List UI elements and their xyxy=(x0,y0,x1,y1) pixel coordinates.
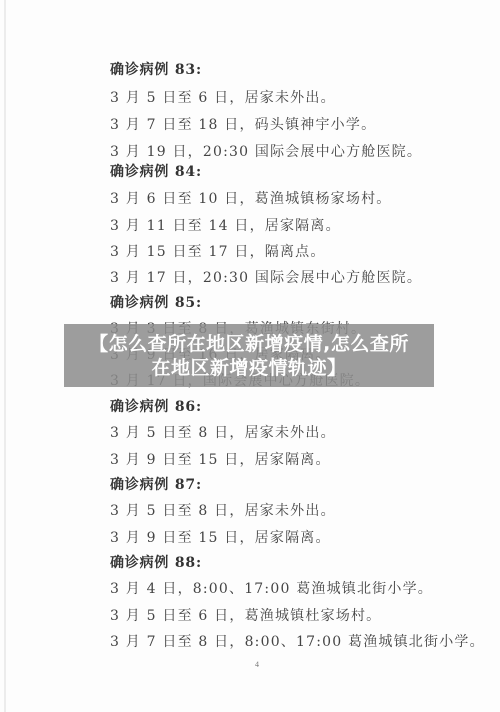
banner-title-line-2: 在地区新增疫情轨迹】 xyxy=(151,356,346,380)
case-88-entry: 3 月 7 日至 8 日，8:00、17:00 葛渔城镇北街小学。 xyxy=(110,633,485,651)
case-heading-86: 确诊病例 86: xyxy=(110,398,202,416)
case-heading-84: 确诊病例 84: xyxy=(110,163,202,181)
banner-title-line-1: 【怎么查所在地区新增疫情,怎么查所 xyxy=(89,332,409,356)
case-83-entry: 3 月 5 日至 6 日，居家未外出。 xyxy=(110,89,336,107)
case-heading-88: 确诊病例 88: xyxy=(110,554,202,572)
page-number: 4 xyxy=(255,660,259,669)
case-84-entry: 3 月 17 日，20:30 国际会展中心方舱医院。 xyxy=(110,269,422,287)
case-88-entry: 3 月 4 日，8:00、17:00 葛渔城镇北街小学。 xyxy=(110,580,433,598)
case-87-entry: 3 月 5 日至 8 日，居家未外出。 xyxy=(110,502,336,520)
case-83-entry: 3 月 7 日至 18 日，码头镇神宇小学。 xyxy=(110,116,376,134)
case-83-entry: 3 月 19 日，20:30 国际会展中心方舱医院。 xyxy=(110,143,422,161)
title-overlay-banner: 【怎么查所在地区新增疫情,怎么查所 在地区新增疫情轨迹】 xyxy=(64,324,434,387)
case-86-entry: 3 月 5 日至 8 日，居家未外出。 xyxy=(110,424,336,442)
case-84-entry: 3 月 11 日至 14 日，居家隔离。 xyxy=(110,217,341,235)
page-edge-divider xyxy=(4,0,6,712)
case-84-entry: 3 月 6 日至 10 日，葛渔城镇杨家场村。 xyxy=(110,190,391,208)
case-84-entry: 3 月 15 日至 17 日，隔离点。 xyxy=(110,243,326,261)
case-86-entry: 3 月 9 日至 15 日，居家隔离。 xyxy=(110,451,331,469)
case-heading-83: 确诊病例 83: xyxy=(110,61,202,79)
case-heading-85: 确诊病例 85: xyxy=(110,294,202,312)
case-88-entry: 3 月 5 日至 6 日，葛渔城镇杜家场村。 xyxy=(110,607,381,625)
case-heading-87: 确诊病例 87: xyxy=(110,476,202,494)
case-87-entry: 3 月 9 日至 15 日，居家隔离。 xyxy=(110,529,331,547)
